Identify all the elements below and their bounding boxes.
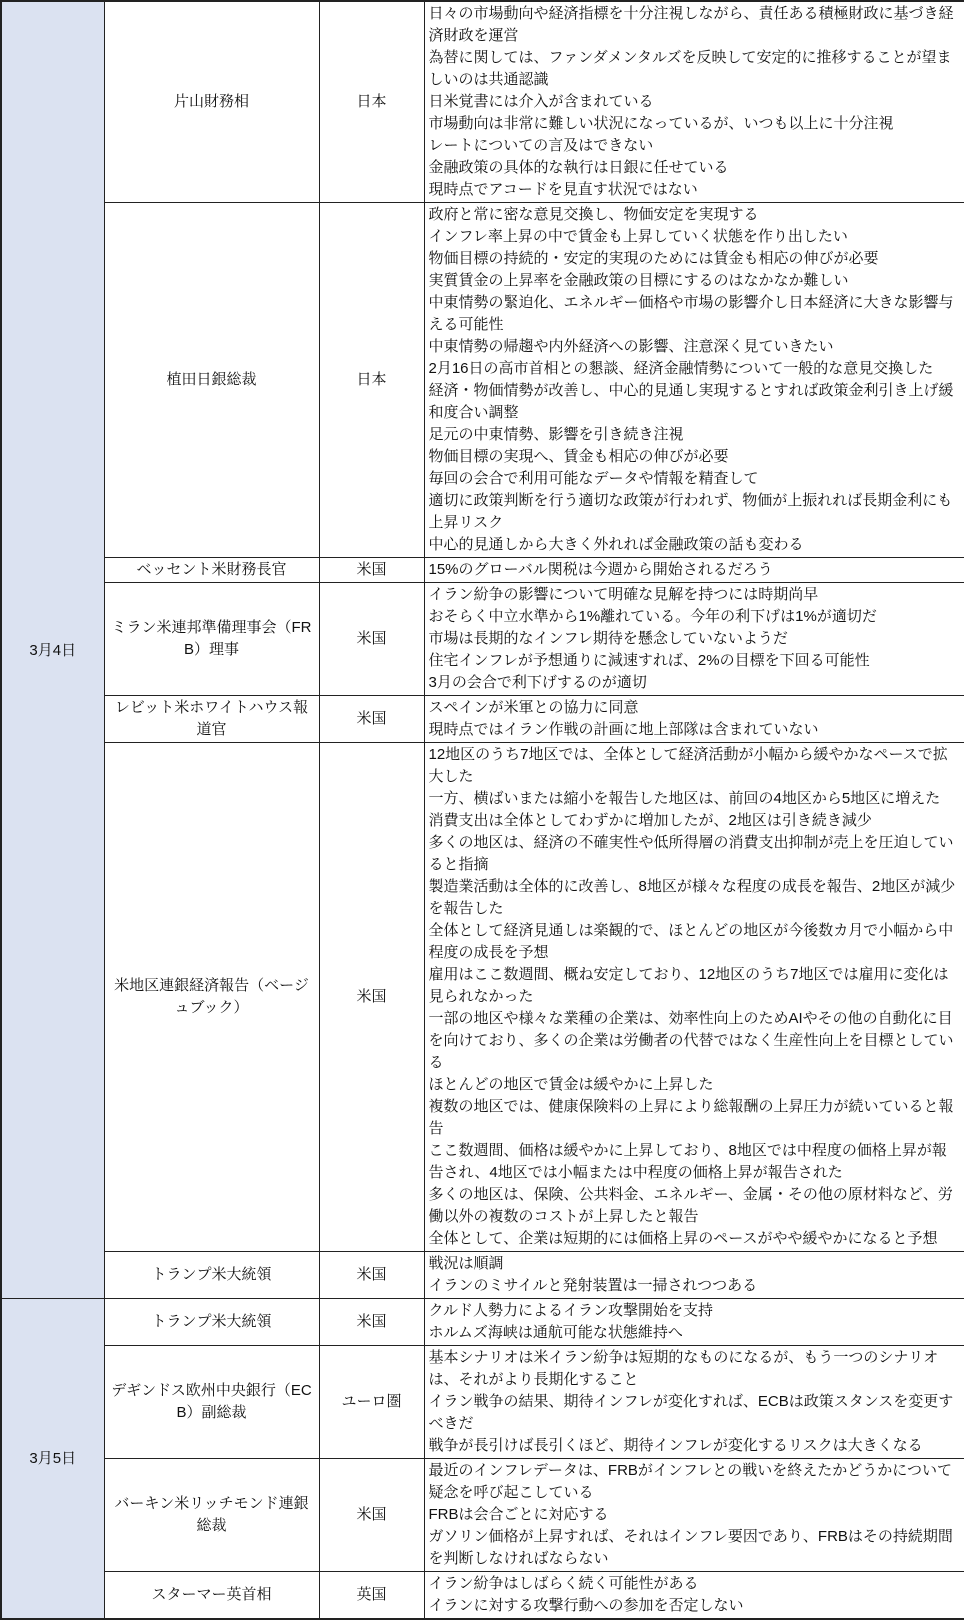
speaker-cell: デギンドス欧州中央銀行（ECB）副総裁 xyxy=(104,1346,319,1459)
date-label: 3月4日 xyxy=(3,640,103,661)
statements-cell: イラン紛争はしばらく続く可能性があるイランに対する攻撃行動への参加を否定しない xyxy=(424,1572,964,1620)
table-body: 3月4日片山財務相日本日々の市場動向や経済指標を十分注視しながら、責任ある積極財… xyxy=(1,1,964,1619)
statement-line: ガソリン価格が上昇すれば、それはインフレ要因であり、FRBはその持続期間を判断し… xyxy=(429,1526,961,1570)
statement-line: イラン戦争の結果、期待インフレが変化すれば、ECBは政策スタンスを変更すべきだ xyxy=(429,1391,961,1435)
statement-line: 政府と常に密な意見交換し、物価安定を実現する xyxy=(429,204,961,226)
country-cell: ユーロ圏 xyxy=(319,1346,424,1459)
speaker-cell: 片山財務相 xyxy=(104,1,319,203)
table-row: レビット米ホワイトハウス報道官米国スペインが米軍との協力に同意現時点ではイラン作… xyxy=(1,696,964,743)
statements-cell: 戦況は順調イランのミサイルと発射装置は一掃されつつある xyxy=(424,1252,964,1299)
date-label: 3月5日 xyxy=(3,1448,103,1469)
statements-cell: 15%のグローバル関税は今週から開始されるだろう xyxy=(424,558,964,583)
statement-line: 中心的見通しから大きく外れれば金融政策の話も変わる xyxy=(429,534,961,556)
table-row: 3月4日片山財務相日本日々の市場動向や経済指標を十分注視しながら、責任ある積極財… xyxy=(1,1,964,203)
statement-line: 雇用はここ数週間、概ね安定しており、12地区のうち7地区では雇用に変化は見られな… xyxy=(429,964,961,1008)
statement-line: 市場動向は非常に難しい状況になっているが、いつも以上に十分注視 xyxy=(429,113,961,135)
table-row: デギンドス欧州中央銀行（ECB）副総裁ユーロ圏基本シナリオは米イラン紛争は短期的… xyxy=(1,1346,964,1459)
statements-cell: スペインが米軍との協力に同意現時点ではイラン作戦の計画に地上部隊は含まれていない xyxy=(424,696,964,743)
news-summary-page: 3月4日片山財務相日本日々の市場動向や経済指標を十分注視しながら、責任ある積極財… xyxy=(0,0,964,1620)
news-table: 3月4日片山財務相日本日々の市場動向や経済指標を十分注視しながら、責任ある積極財… xyxy=(0,0,964,1620)
statement-line: 消費支出は全体としてわずかに増加したが、2地区は引き続き減少 xyxy=(429,810,961,832)
statement-line: イランのミサイルと発射装置は一掃されつつある xyxy=(429,1275,961,1297)
statement-line: 適切に政策判断を行う適切な政策が行われず、物価が上振れれば長期金利にも上昇リスク xyxy=(429,490,961,534)
statement-line: 住宅インフレが予想通りに減速すれば、2%の目標を下回る可能性 xyxy=(429,650,961,672)
table-row: ベッセント米財務長官米国15%のグローバル関税は今週から開始されるだろう xyxy=(1,558,964,583)
statement-line: 現時点ではイラン作戦の計画に地上部隊は含まれていない xyxy=(429,719,961,741)
statement-line: インフレ率上昇の中で賃金も上昇していく状態を作り出したい xyxy=(429,226,961,248)
country-cell: 英国 xyxy=(319,1572,424,1620)
statement-line: 物価目標の持続的・安定的実現のためには賃金も相応の伸びが必要 xyxy=(429,248,961,270)
statement-line: 3月の会合で利下げするのが適切 xyxy=(429,672,961,694)
country-cell: 米国 xyxy=(319,1459,424,1572)
statement-line: スペインが米軍との協力に同意 xyxy=(429,697,961,719)
statement-line: 足元の中東情勢、影響を引き続き注視 xyxy=(429,424,961,446)
country-cell: 米国 xyxy=(319,1299,424,1346)
statement-line: ホルムズ海峡は通航可能な状態維持へ xyxy=(429,1322,961,1344)
table-row: ミラン米連邦準備理事会（FRB）理事米国イラン紛争の影響について明確な見解を持つ… xyxy=(1,583,964,696)
statement-line: 12地区のうち7地区では、全体として経済活動が小幅から緩やかなペースで拡大した xyxy=(429,744,961,788)
statement-line: 多くの地区は、保険、公共料金、エネルギー、金属・その他の原材料など、労働以外の複… xyxy=(429,1184,961,1228)
statement-line: ほとんどの地区で賃金は緩やかに上昇した xyxy=(429,1074,961,1096)
speaker-cell: バーキン米リッチモンド連銀総裁 xyxy=(104,1459,319,1572)
statement-line: 経済・物価情勢が改善し、中心的見通し実現するとすれば政策金利引き上げ緩和度合い調… xyxy=(429,380,961,424)
statement-line: 一部の地区や様々な業種の企業は、効率性向上のためAIやその他の自動化に目を向けて… xyxy=(429,1008,961,1074)
date-cell: 3月5日 xyxy=(1,1299,104,1620)
date-cell: 3月4日 xyxy=(1,1,104,1299)
statement-line: 全体として経済見通しは楽観的で、ほとんどの地区が今後数カ月で小幅から中程度の成長… xyxy=(429,920,961,964)
country-cell: 米国 xyxy=(319,583,424,696)
statements-cell: クルド人勢力によるイラン攻撃開始を支持ホルムズ海峡は通航可能な状態維持へ xyxy=(424,1299,964,1346)
statement-line: 為替に関しては、ファンダメンタルズを反映して安定的に推移することが望ましいのは共… xyxy=(429,47,961,91)
statement-line: 物価目標の実現へ、賃金も相応の伸びが必要 xyxy=(429,446,961,468)
statement-line: レートについての言及はできない xyxy=(429,135,961,157)
speaker-cell: 米地区連銀経済報告（ベージュブック） xyxy=(104,743,319,1252)
statements-cell: 基本シナリオは米イラン紛争は短期的なものになるが、もう一つのシナリオは、それがよ… xyxy=(424,1346,964,1459)
speaker-cell: ミラン米連邦準備理事会（FRB）理事 xyxy=(104,583,319,696)
statement-line: クルド人勢力によるイラン攻撃開始を支持 xyxy=(429,1300,961,1322)
speaker-cell: トランプ米大統領 xyxy=(104,1299,319,1346)
statements-cell: 日々の市場動向や経済指標を十分注視しながら、責任ある積極財政に基づき経済財政を運… xyxy=(424,1,964,203)
statement-line: 実質賃金の上昇率を金融政策の目標にするのはなかなか難しい xyxy=(429,270,961,292)
statements-cell: 12地区のうち7地区では、全体として経済活動が小幅から緩やかなペースで拡大した一… xyxy=(424,743,964,1252)
statement-line: 一方、横ばいまたは縮小を報告した地区は、前回の4地区から5地区に増えた xyxy=(429,788,961,810)
statement-line: 基本シナリオは米イラン紛争は短期的なものになるが、もう一つのシナリオは、それがよ… xyxy=(429,1347,961,1391)
country-cell: 米国 xyxy=(319,743,424,1252)
country-cell: 日本 xyxy=(319,1,424,203)
statements-cell: 政府と常に密な意見交換し、物価安定を実現するインフレ率上昇の中で賃金も上昇してい… xyxy=(424,203,964,558)
statement-line: FRBは会合ごとに対応する xyxy=(429,1504,961,1526)
statement-line: 戦争が長引けば長引くほど、期待インフレが変化するリスクは大きくなる xyxy=(429,1435,961,1457)
statement-line: 多くの地区は、経済の不確実性や低所得層の消費支出抑制が売上を圧迫していると指摘 xyxy=(429,832,961,876)
table-row: 米地区連銀経済報告（ベージュブック）米国12地区のうち7地区では、全体として経済… xyxy=(1,743,964,1252)
statements-cell: イラン紛争の影響について明確な見解を持つには時期尚早おそらく中立水準から1%離れ… xyxy=(424,583,964,696)
speaker-cell: ベッセント米財務長官 xyxy=(104,558,319,583)
country-cell: 米国 xyxy=(319,696,424,743)
statement-line: おそらく中立水準から1%離れている。今年の利下げは1%が適切だ xyxy=(429,606,961,628)
statement-line: 市場は長期的なインフレ期待を懸念していないようだ xyxy=(429,628,961,650)
speaker-cell: レビット米ホワイトハウス報道官 xyxy=(104,696,319,743)
statement-line: 複数の地区では、健康保険料の上昇により総報酬の上昇圧力が続いていると報告 xyxy=(429,1096,961,1140)
statement-line: 中東情勢の緊迫化、エネルギー価格や市場の影響介し日本経済に大きな影響与える可能性 xyxy=(429,292,961,336)
table-row: 3月5日トランプ米大統領米国クルド人勢力によるイラン攻撃開始を支持ホルムズ海峡は… xyxy=(1,1299,964,1346)
table-row: 植田日銀総裁日本政府と常に密な意見交換し、物価安定を実現するインフレ率上昇の中で… xyxy=(1,203,964,558)
statement-line: 現時点でアコードを見直す状況ではない xyxy=(429,179,961,201)
country-cell: 米国 xyxy=(319,558,424,583)
statement-line: イラン紛争はしばらく続く可能性がある xyxy=(429,1573,961,1595)
statement-line: ここ数週間、価格は緩やかに上昇しており、8地区では中程度の価格上昇が報告され、4… xyxy=(429,1140,961,1184)
statement-line: 戦況は順調 xyxy=(429,1253,961,1275)
country-cell: 日本 xyxy=(319,203,424,558)
statement-line: 中東情勢の帰趨や内外経済への影響、注意深く見ていきたい xyxy=(429,336,961,358)
speaker-cell: 植田日銀総裁 xyxy=(104,203,319,558)
statement-line: 日米覚書には介入が含まれている xyxy=(429,91,961,113)
statement-line: 全体として、企業は短期的には価格上昇のペースがやや緩やかになると予想 xyxy=(429,1228,961,1250)
table-row: スターマー英首相英国イラン紛争はしばらく続く可能性があるイランに対する攻撃行動へ… xyxy=(1,1572,964,1620)
table-row: トランプ米大統領米国戦況は順調イランのミサイルと発射装置は一掃されつつある xyxy=(1,1252,964,1299)
statement-line: 日々の市場動向や経済指標を十分注視しながら、責任ある積極財政に基づき経済財政を運… xyxy=(429,3,961,47)
statement-line: 2月16日の高市首相との懇談、経済金融情勢について一般的な意見交換した xyxy=(429,358,961,380)
speaker-cell: スターマー英首相 xyxy=(104,1572,319,1620)
table-row: バーキン米リッチモンド連銀総裁米国最近のインフレデータは、FRBがインフレとの戦… xyxy=(1,1459,964,1572)
statement-line: 金融政策の具体的な執行は日銀に任せている xyxy=(429,157,961,179)
statement-line: 15%のグローバル関税は今週から開始されるだろう xyxy=(429,559,961,581)
statement-line: 製造業活動は全体的に改善し、8地区が様々な程度の成長を報告、2地区が減少を報告し… xyxy=(429,876,961,920)
statement-line: 最近のインフレデータは、FRBがインフレとの戦いを終えたかどうかについて疑念を呼… xyxy=(429,1460,961,1504)
statement-line: 毎回の会合で利用可能なデータや情報を精査して xyxy=(429,468,961,490)
statement-line: イランに対する攻撃行動への参加を否定しない xyxy=(429,1595,961,1617)
speaker-cell: トランプ米大統領 xyxy=(104,1252,319,1299)
statement-line: イラン紛争の影響について明確な見解を持つには時期尚早 xyxy=(429,584,961,606)
country-cell: 米国 xyxy=(319,1252,424,1299)
statements-cell: 最近のインフレデータは、FRBがインフレとの戦いを終えたかどうかについて疑念を呼… xyxy=(424,1459,964,1572)
